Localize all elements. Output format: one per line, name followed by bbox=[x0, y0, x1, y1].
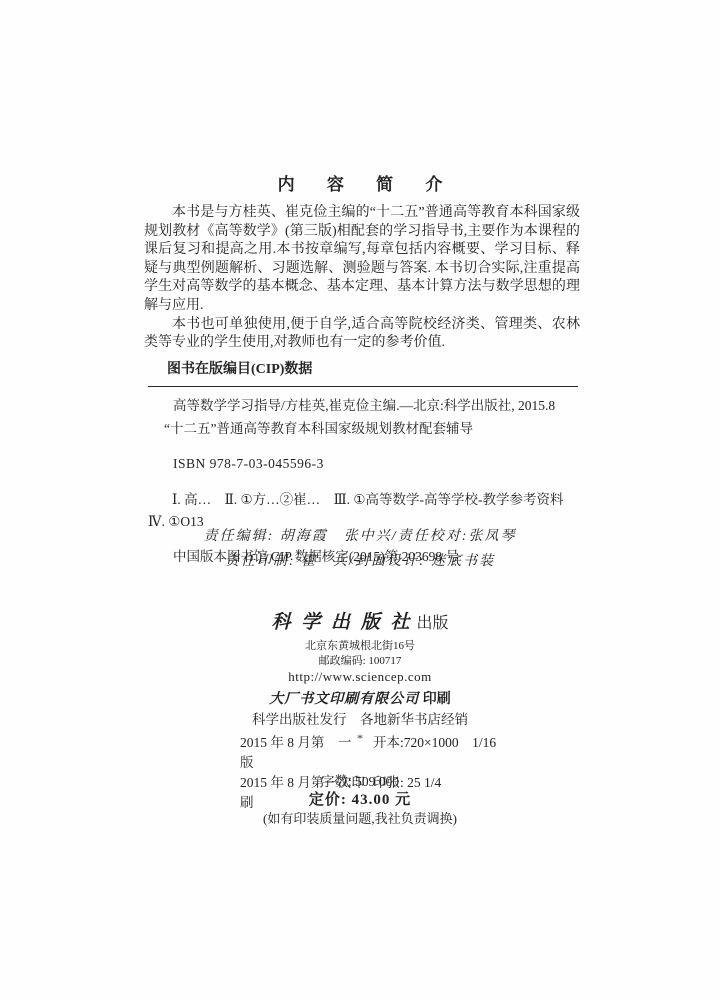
publisher-name-line: 科 学 出 版 社 出版 bbox=[0, 612, 720, 635]
quality-exchange-note: (如有印装质量问题,我社负责调换) bbox=[0, 808, 720, 827]
editorial-credits: 责任编辑: 胡海霞 张中兴/责任校对:张凤琴 责任印制: 霍 兵/封面设计: 迷… bbox=[0, 524, 720, 574]
publisher-name-script: 科 学 出 版 社 bbox=[271, 612, 412, 633]
intro-paragraph-1: 本书是与方桂英、崔克俭主编的“十二五”普通高等教育本科国家级规划教材《高等数学》… bbox=[144, 204, 580, 316]
distribution-line: 科学出版社发行 各地新华书店经销 bbox=[0, 711, 720, 729]
credits-printing-design-line: 责任印制: 霍 兵/封面设计: 迷底书装 bbox=[0, 549, 720, 574]
word-count: 字数: 509 000 bbox=[0, 770, 720, 790]
publisher-postcode: 邮政编码: 100717 bbox=[0, 654, 720, 669]
publisher-website: http://www.sciencep.com bbox=[0, 669, 720, 685]
printer-line: 大厂书文印刷有限公司 印刷 bbox=[0, 691, 720, 709]
book-copyright-page: 内 容 简 介 本书是与方桂英、崔克俭主编的“十二五”普通高等教育本科国家级规划… bbox=[0, 0, 720, 1000]
format-size: 开本:720×1000 1/16 bbox=[373, 733, 496, 773]
cip-series-line: “十二五”普通高等教育本科国家级规划教材配套辅导 bbox=[148, 418, 578, 441]
intro-paragraph-2: 本书也可单独使用,便于自学,适合高等院校经济类、管理类、农林类等专业的学生使用,… bbox=[144, 316, 580, 353]
printer-suffix: 印刷 bbox=[419, 692, 451, 707]
credits-editors-line: 责任编辑: 胡海霞 张中兴/责任校对:张凤琴 bbox=[0, 524, 720, 549]
cip-isbn: ISBN 978-7-03-045596-3 bbox=[148, 453, 578, 476]
cip-classification-line1: Ⅰ. 高… Ⅱ. ①方…②崔… Ⅲ. ①高等数学-高等学校-教学参考资料 bbox=[148, 489, 578, 512]
content-intro-body: 本书是与方桂英、崔克俭主编的“十二五”普通高等教育本科国家级规划教材《高等数学》… bbox=[144, 204, 580, 353]
publisher-colophon: 科 学 出 版 社 出版 北京东黄城根北街16号 邮政编码: 100717 ht… bbox=[0, 612, 720, 745]
edition-row-1: 2015 年 8 月第 一 版 开本:720×1000 1/16 bbox=[240, 733, 500, 773]
cip-divider-rule bbox=[148, 386, 578, 387]
publisher-name-suffix: 出版 bbox=[413, 615, 449, 632]
printer-name-script: 大厂书文印刷有限公司 bbox=[269, 692, 419, 707]
publisher-address: 北京东黄城根北街16号 bbox=[0, 638, 720, 654]
cip-title-line: 高等数学学习指导/方桂英,崔克俭主编.—北京:科学出版社, 2015.8 bbox=[148, 395, 578, 418]
content-intro-title: 内 容 简 介 bbox=[0, 170, 720, 195]
cip-header: 图书在版编目(CIP)数据 bbox=[148, 358, 578, 378]
price: 定价: 43.00 元 bbox=[0, 788, 720, 809]
edition-date: 2015 年 8 月第 一 版 bbox=[240, 733, 373, 773]
